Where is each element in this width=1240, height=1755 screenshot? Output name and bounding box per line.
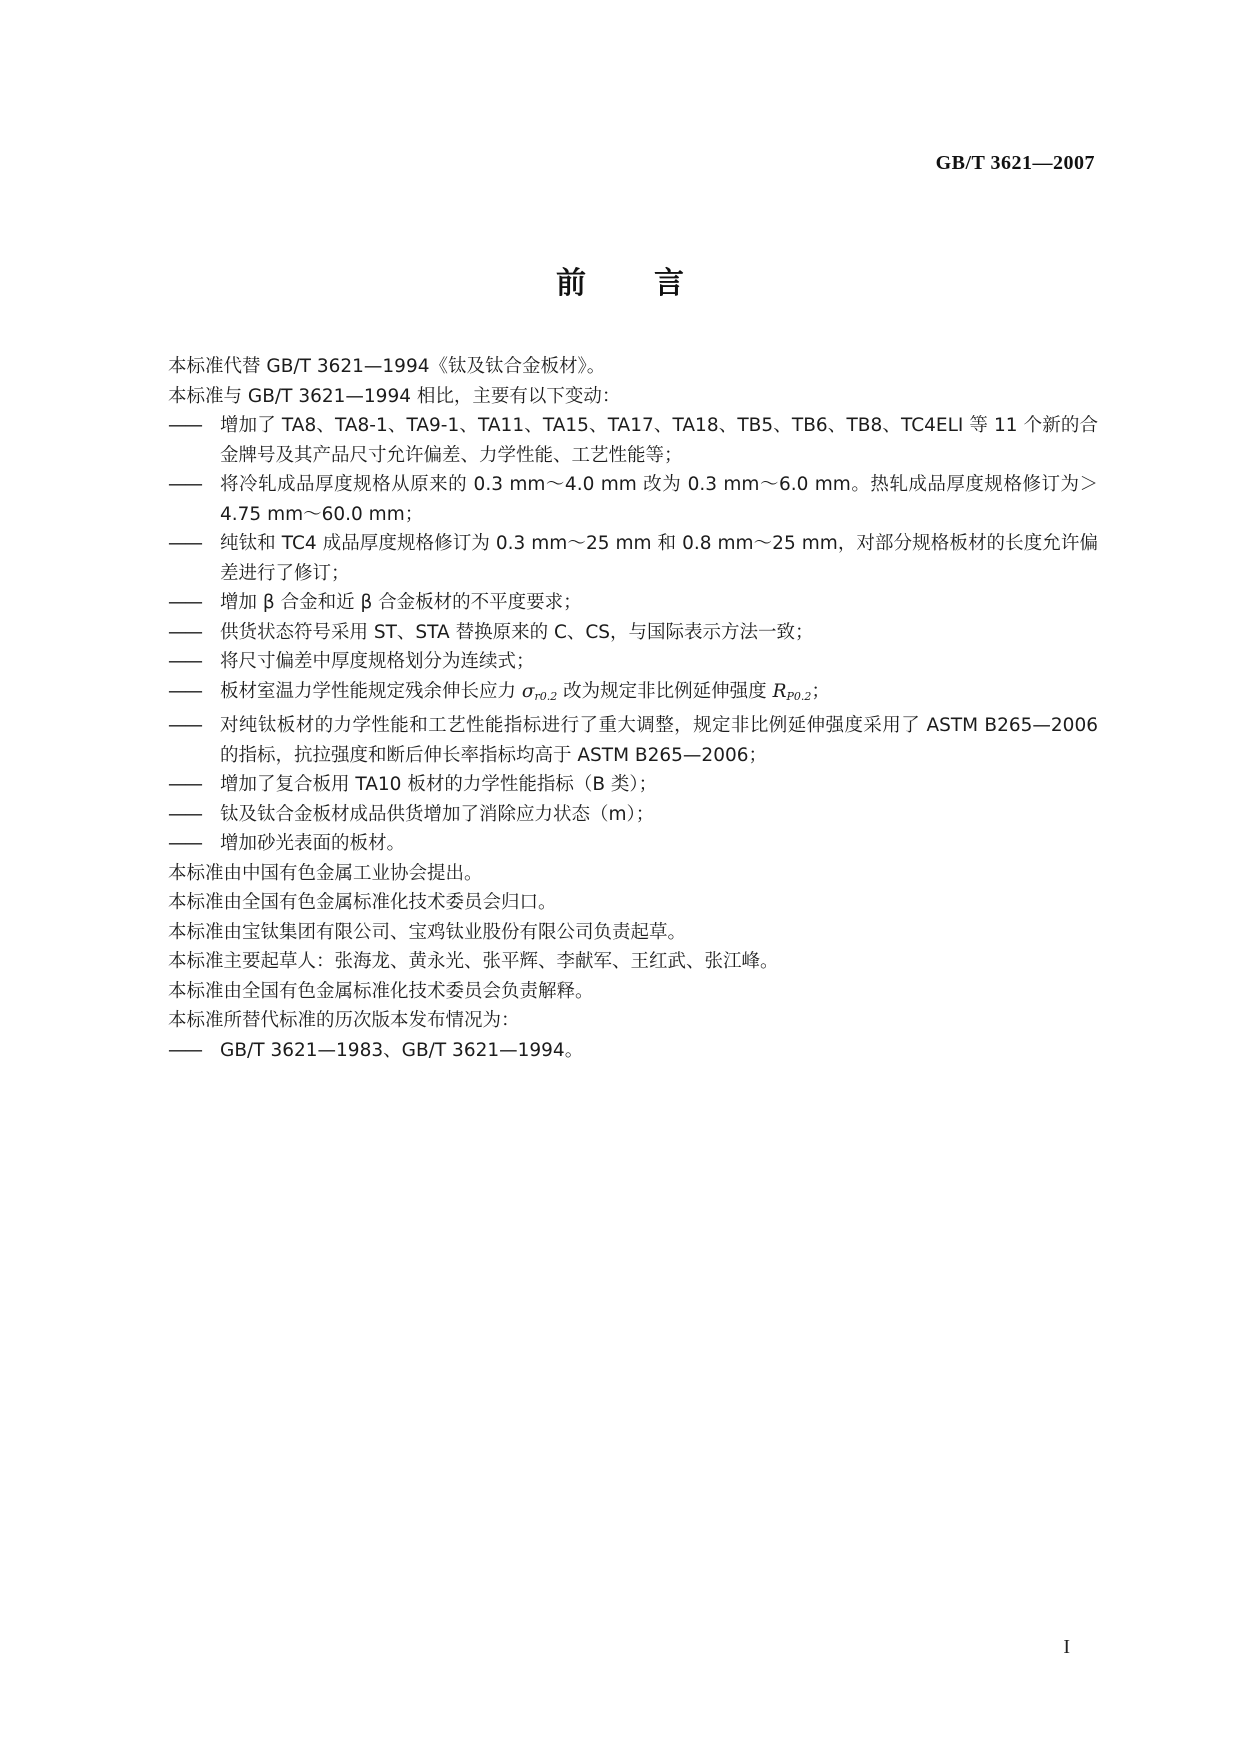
title-char-2: 言 xyxy=(654,266,684,301)
change-text: 纯钛和 TC4 成品厚度规格修订为 0.3 mm～25 mm 和 0.8 mm～… xyxy=(220,529,1098,588)
change-item: —— 增加 β 合金和近 β 合金板材的不平度要求； xyxy=(168,588,1098,618)
dash-marker: —— xyxy=(168,411,220,441)
change-item: —— 将冷轧成品厚度规格从原来的 0.3 mm～4.0 mm 改为 0.3 mm… xyxy=(168,470,1098,529)
change-item: —— 增加了 TA8、TA8-1、TA9-1、TA11、TA15、TA17、TA… xyxy=(168,411,1098,470)
change-text: 增加 β 合金和近 β 合金板材的不平度要求； xyxy=(220,588,1098,618)
history-item: —— GB/T 3621—1983、GB/T 3621—1994。 xyxy=(168,1036,1098,1066)
change-item: —— 纯钛和 TC4 成品厚度规格修订为 0.3 mm～25 mm 和 0.8 … xyxy=(168,529,1098,588)
change-item: —— 对纯钛板材的力学性能和工艺性能指标进行了重大调整，规定非比例延伸强度采用了… xyxy=(168,711,1098,770)
dash-marker: —— xyxy=(168,647,220,677)
dash-marker: —— xyxy=(168,529,220,559)
dash-marker: —— xyxy=(168,770,220,800)
change-text: 钛及钛合金板材成品供货增加了消除应力状态（m）； xyxy=(220,800,1098,830)
change-item: —— 板材室温力学性能规定残余伸长应力 σr0.2 改为规定非比例延伸强度 RP… xyxy=(168,677,1098,712)
change-text: 增加砂光表面的板材。 xyxy=(220,829,1098,859)
change-text: 增加了复合板用 TA10 板材的力学性能指标（B 类）； xyxy=(220,770,1098,800)
standard-code: GB/T 3621—2007 xyxy=(936,152,1095,175)
r-symbol: R xyxy=(773,681,787,702)
sigma-symbol: σ xyxy=(522,681,535,702)
dash-marker: —— xyxy=(168,618,220,648)
history-text: GB/T 3621—1983、GB/T 3621—1994。 xyxy=(220,1036,1098,1066)
closing-interpretation: 本标准由全国有色金属标准化技术委员会负责解释。 xyxy=(168,977,1098,1007)
closing-proposed: 本标准由中国有色金属工业协会提出。 xyxy=(168,859,1098,889)
change-text: 对纯钛板材的力学性能和工艺性能指标进行了重大调整，规定非比例延伸强度采用了 AS… xyxy=(220,711,1098,770)
intro-changes: 本标准与 GB/T 3621—1994 相比，主要有以下变动： xyxy=(168,382,1098,412)
closing-drafters: 本标准主要起草人：张海龙、黄永光、张平辉、李献军、王红武、张江峰。 xyxy=(168,947,1098,977)
change-text: 将尺寸偏差中厚度规格划分为连续式； xyxy=(220,647,1098,677)
change-item: —— 供货状态符号采用 ST、STA 替换原来的 C、CS，与国际表示方法一致； xyxy=(168,618,1098,648)
change-text: 供货状态符号采用 ST、STA 替换原来的 C、CS，与国际表示方法一致； xyxy=(220,618,1098,648)
change-item: —— 将尺寸偏差中厚度规格划分为连续式； xyxy=(168,647,1098,677)
dash-marker: —— xyxy=(168,588,220,618)
change-text: 增加了 TA8、TA8-1、TA9-1、TA11、TA15、TA17、TA18、… xyxy=(220,411,1098,470)
closing-drafted: 本标准由宝钛集团有限公司、宝鸡钛业股份有限公司负责起草。 xyxy=(168,918,1098,948)
closing-history-intro: 本标准所替代标准的历次版本发布情况为： xyxy=(168,1006,1098,1036)
dash-marker: —— xyxy=(168,800,220,830)
page-title: 前言 xyxy=(0,258,1240,302)
change-item: —— 增加砂光表面的板材。 xyxy=(168,829,1098,859)
change-item: —— 钛及钛合金板材成品供货增加了消除应力状态（m）； xyxy=(168,800,1098,830)
document-page: GB/T 3621—2007 前言 本标准代替 GB/T 3621—1994《钛… xyxy=(0,0,1240,1755)
closing-centralized: 本标准由全国有色金属标准化技术委员会归口。 xyxy=(168,888,1098,918)
change-text: 将冷轧成品厚度规格从原来的 0.3 mm～4.0 mm 改为 0.3 mm～6.… xyxy=(220,470,1098,529)
title-char-1: 前 xyxy=(556,266,586,301)
dash-marker: —— xyxy=(168,677,220,707)
change-item: —— 增加了复合板用 TA10 板材的力学性能指标（B 类）； xyxy=(168,770,1098,800)
dash-marker: —— xyxy=(168,1036,220,1066)
intro-replaces: 本标准代替 GB/T 3621—1994《钛及钛合金板材》。 xyxy=(168,352,1098,382)
dash-marker: —— xyxy=(168,470,220,500)
change-text-formula: 板材室温力学性能规定残余伸长应力 σr0.2 改为规定非比例延伸强度 RP0.2… xyxy=(220,677,1098,712)
foreword-body: 本标准代替 GB/T 3621—1994《钛及钛合金板材》。 本标准与 GB/T… xyxy=(168,352,1098,1065)
dash-marker: —— xyxy=(168,829,220,859)
dash-marker: —— xyxy=(168,711,220,741)
page-number: I xyxy=(1063,1636,1070,1659)
